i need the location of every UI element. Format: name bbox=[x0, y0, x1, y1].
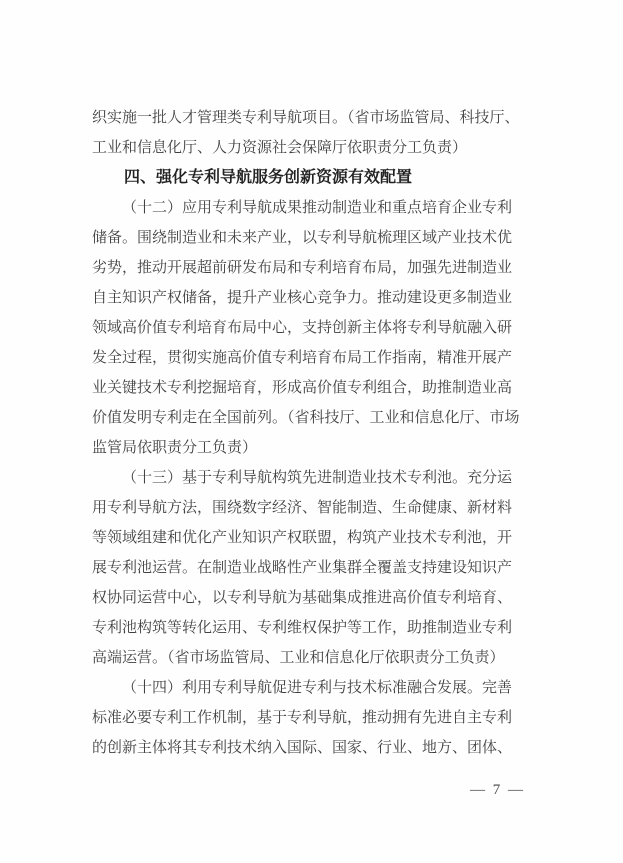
text-line: 展专利池运营。在制造业战略性产业集群全覆盖支持建设知识产 bbox=[92, 553, 552, 583]
text-line: 领域高价值专利培育布局中心，支持创新主体将专利导航融入研 bbox=[92, 313, 552, 343]
text-line: 专利池构筑等转化运用、专利维权保护等工作，助推制造业专利 bbox=[92, 613, 552, 643]
text-line: 权协同运营中心，以专利导航为基础集成推进高价值专利培育、 bbox=[92, 583, 552, 613]
text-line: 工业和信息化厅、人力资源社会保障厅依职责分工负责） bbox=[92, 133, 552, 163]
text-line: 的创新主体将其专利技术纳入国际、国家、行业、地方、团体、 bbox=[92, 733, 552, 763]
document-body: 织实施一批人才管理类专利导航项目。（省市场监管局、科技厅、工业和信息化厅、人力资… bbox=[92, 103, 552, 763]
text-line: 业关键技术专利挖掘培育，形成高价值专利组合，助推制造业高 bbox=[92, 373, 552, 403]
text-line: 等领域组建和优化产业知识产权联盟，构筑产业技术专利池，开 bbox=[92, 523, 552, 553]
text-line: 监管局依职责分工负责） bbox=[92, 433, 552, 463]
text-line: 高端运营。（省市场监管局、工业和信息化厅依职责分工负责） bbox=[92, 643, 552, 673]
section-heading: 四、强化专利导航服务创新资源有效配置 bbox=[92, 163, 552, 193]
text-line: 用专利导航方法，围绕数字经济、智能制造、生命健康、新材料 bbox=[92, 493, 552, 523]
text-line: 劣势，推动开展超前研发布局和专利培育布局，加强先进制造业 bbox=[92, 253, 552, 283]
text-line: （十二）应用专利导航成果推动制造业和重点培育企业专利 bbox=[92, 193, 552, 223]
page-number-text: — 7 — bbox=[470, 782, 525, 798]
text-line: 自主知识产权储备，提升产业核心竞争力。推动建设更多制造业 bbox=[92, 283, 552, 313]
page-number: — 7 — bbox=[470, 782, 525, 799]
text-line: 织实施一批人才管理类专利导航项目。（省市场监管局、科技厅、 bbox=[92, 103, 552, 133]
document-page: 织实施一批人才管理类专利导航项目。（省市场监管局、科技厅、工业和信息化厅、人力资… bbox=[0, 0, 623, 863]
text-line: 储备。围绕制造业和未来产业，以专利导航梳理区域产业技术优 bbox=[92, 223, 552, 253]
text-line: 标准必要专利工作机制，基于专利导航，推动拥有先进自主专利 bbox=[92, 703, 552, 733]
text-line: （十三）基于专利导航构筑先进制造业技术专利池。充分运 bbox=[92, 463, 552, 493]
text-line: （十四）利用专利导航促进专利与技术标准融合发展。完善 bbox=[92, 673, 552, 703]
text-line: 价值发明专利走在全国前列。（省科技厅、工业和信息化厅、市场 bbox=[92, 403, 552, 433]
text-line: 发全过程，贯彻实施高价值专利培育布局工作指南，精准开展产 bbox=[92, 343, 552, 373]
